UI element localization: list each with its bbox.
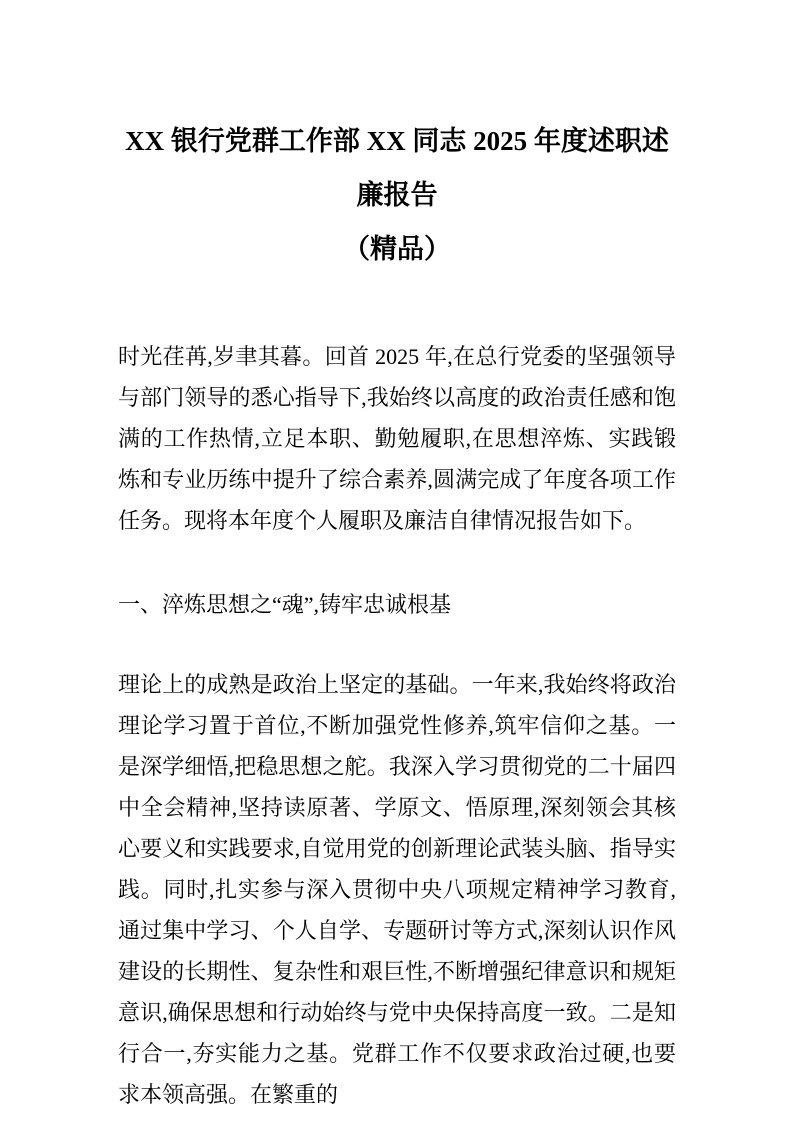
section-heading-1: 一、淬炼思想之“魂”,铸牢忠诚根基 (118, 584, 676, 625)
document-page: XX 银行党群工作部 XX 同志 2025 年度述职述廉报告 （精品） 时光荏苒… (0, 0, 793, 1122)
document-title-line-1: XX 银行党群工作部 XX 同志 2025 年度述职述廉报告 (118, 114, 676, 222)
section-1-paragraph: 理论上的成熟是政治上坚定的基础。一年来,我始终将政治理论学习置于首位,不断加强党… (118, 664, 676, 1115)
document-title: XX 银行党群工作部 XX 同志 2025 年度述职述廉报告 （精品） (118, 114, 676, 276)
document-title-line-2: （精品） (118, 222, 676, 276)
intro-paragraph: 时光荏苒,岁聿其暮。回首 2025 年,在总行党委的坚强领导与部门领导的悉心指导… (118, 336, 676, 541)
